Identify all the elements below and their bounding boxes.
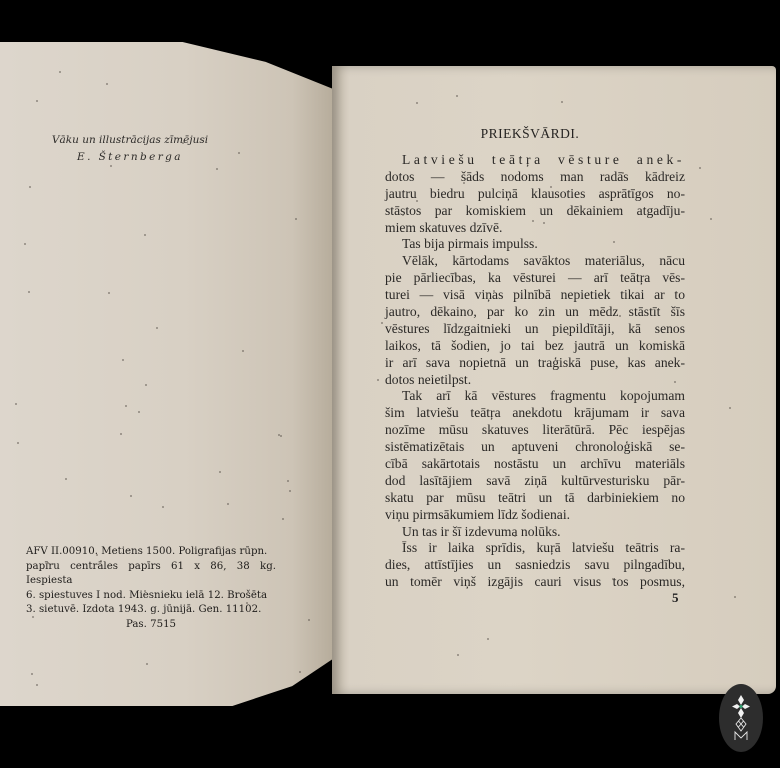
text-line: pie pārliecības, ka vēsturei — arī teātŗ… <box>385 270 685 287</box>
text-line: jautru biedru pulciņā klausoties asprātī… <box>385 186 685 203</box>
text-line: šim latviešu teātŗa anekdotu krājumam ir… <box>385 405 685 422</box>
foreword-text: Latviešu teātŗa vēsture anek-dotos — šād… <box>385 152 685 591</box>
text-line: turei — visā viņas pilnībā nepietiek tik… <box>385 287 685 304</box>
imprint-line: 3. sietuvē. Izdota 1943. g. jūnijā. Gen.… <box>26 603 276 618</box>
text-line: Īss ir laika sprīdis, kuŗā latviešu teāt… <box>385 540 685 557</box>
chapter-title: PRIEKŠVĀRDI. <box>360 126 700 142</box>
text-line: dotos — šāds nodoms man radās kādreiz <box>385 169 685 186</box>
text-line: skatu par mūsu teātri un tā darbiniekiem… <box>385 490 685 507</box>
text-line: Tas bija pirmais impulss. <box>385 236 685 253</box>
text-line: vēstures līdzgaitnieki un piepildītāji, … <box>385 321 685 338</box>
text-line: Vēlāk, kārtodams savāktos materiālus, nā… <box>385 253 685 270</box>
watermark-badge <box>719 684 763 752</box>
text-line: ir arī sava nopietnā un traģiskā puse, k… <box>385 355 685 372</box>
text-line: dotos neietilpst. <box>385 372 685 389</box>
text-line: un tomēr viņš izgājis cauri visus tos po… <box>385 574 685 591</box>
imprint-line: AFV II.00910. Metiens 1500. Poligrafijas… <box>26 545 276 560</box>
text-line: Latviešu teātŗa vēsture anek- <box>385 152 685 169</box>
text-line: nozīme mūsu skatuves literātūrā. Pēc ies… <box>385 422 685 439</box>
text-line: Un tas ir šī izdevuma nolūks. <box>385 524 685 541</box>
imprint-pas: Pas. 7515 <box>26 618 276 633</box>
text-line: stāstos par komiskiem un dēkainiem atgad… <box>385 203 685 220</box>
text-line: laikos, tā šodien, jo tai bez jautrā un … <box>385 338 685 355</box>
illustrator-credits: Vāku un illustrācijas zīmējusi E. Šternb… <box>30 132 230 166</box>
text-line: dod lasītājiem savā ziņā kultūrvesturisk… <box>385 473 685 490</box>
text-line: sistēmatizētais un aptuveni chronoloģisk… <box>385 439 685 456</box>
illustrator-name: E. Šternberga <box>30 149 230 166</box>
text-line: viņu pirmsākumiem līdz šodienai. <box>385 507 685 524</box>
text-line: cībā sakārtotais nostāstu un archīvu mat… <box>385 456 685 473</box>
credits-line: Vāku un illustrācijas zīmējusi <box>30 132 230 149</box>
text-line: jautro, dēkaino, par ko zin un mēdz stās… <box>385 304 685 321</box>
page-number: 5 <box>672 590 679 606</box>
text-line: dies, attīstījies un sasniedzis savu pil… <box>385 557 685 574</box>
ornamental-monogram-m-icon <box>719 684 763 752</box>
text-line: Tak arī kā vēstures fragmentu kopojumam <box>385 388 685 405</box>
text-line: miem skatuves dzīvē. <box>385 220 685 237</box>
imprint-line: papīru centrāles papīrs 61 x 86, 38 kg. … <box>26 560 276 589</box>
imprint-line: 6. spiestuves I nod. Miesnieku ielā 12. … <box>26 589 276 604</box>
printing-imprint: AFV II.00910. Metiens 1500. Poligrafijas… <box>26 545 276 632</box>
